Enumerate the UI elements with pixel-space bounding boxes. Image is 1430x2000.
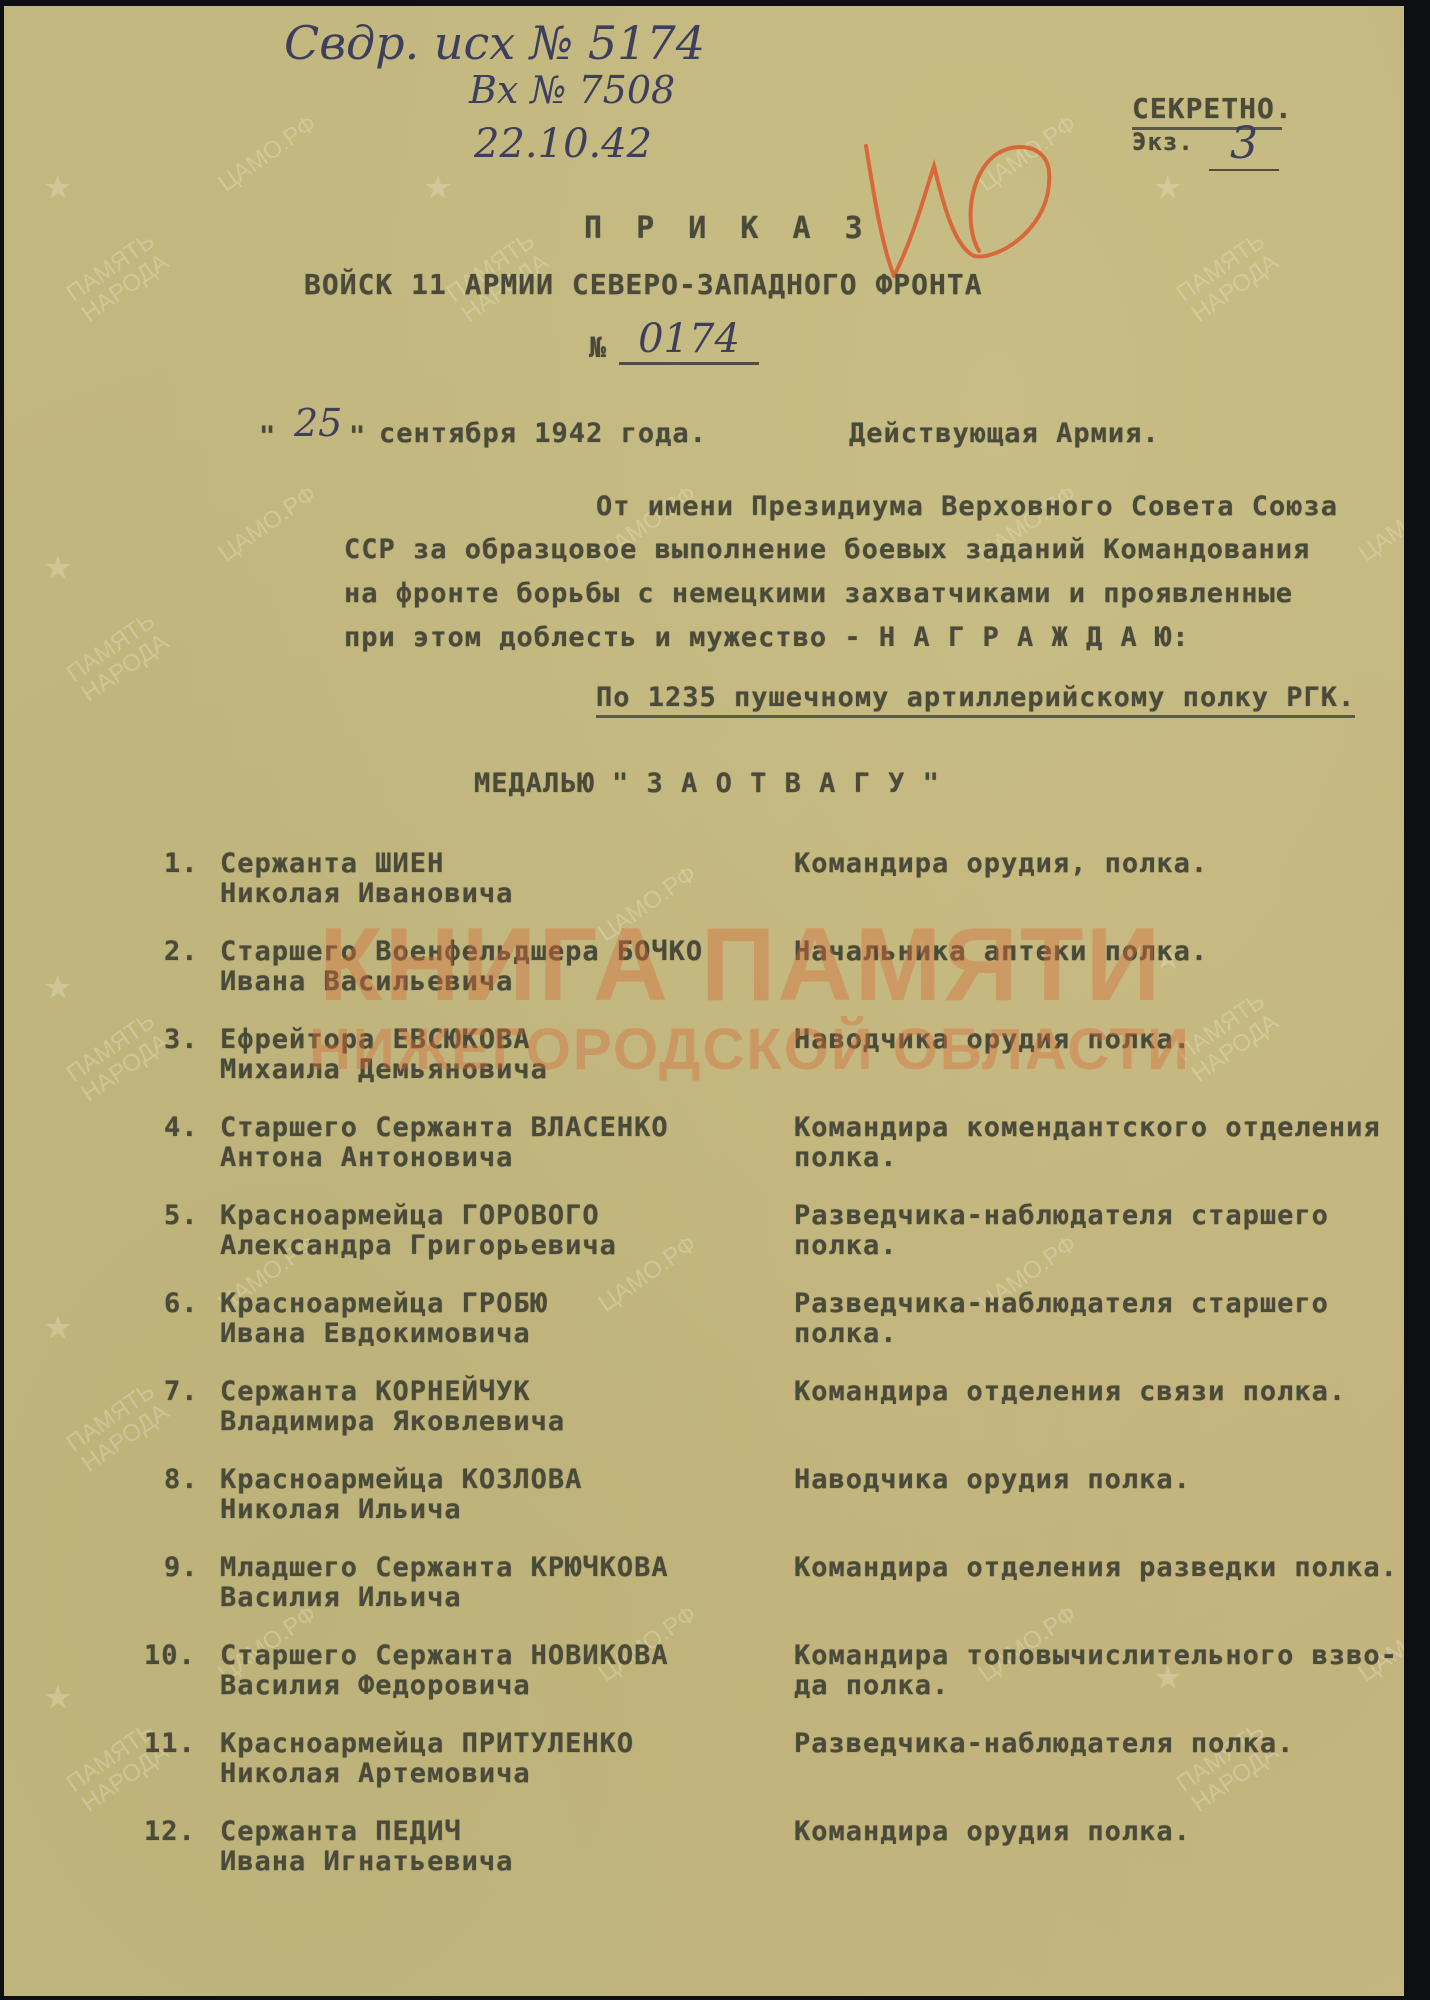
awardee-rank-surname: Красноармейца ГОРОВОГО (220, 1200, 600, 1231)
watermark-kniga-pamyati: КНИГА ПАМЯТИ (319, 906, 1162, 1025)
awardee-given-name: Ивана Игнатьевича (220, 1846, 513, 1877)
watermark-camo: ЦАМО.РФ (214, 111, 321, 196)
awardee-given-name: Николая Артемовича (220, 1758, 531, 1789)
awardee-given-name: Владимира Яковлевича (220, 1406, 565, 1437)
awardee-given-name: Василия Федоровича (220, 1670, 531, 1701)
handwritten-incoming-number: Вх № 7508 (469, 68, 675, 112)
order-number-label: № (589, 331, 607, 364)
awardee-number: 5. (164, 1200, 199, 1231)
scan-edge-tear (1404, 850, 1426, 1010)
awardee-number: 8. (164, 1464, 199, 1495)
awardee-given-name: Василия Ильича (220, 1582, 462, 1613)
awardee-rank-surname: Сержанта ШИЕН (220, 848, 444, 879)
awardee-position-line: полка. (794, 1142, 898, 1173)
awardee-rank-surname: Младшего Сержанта КРЮЧКОВА (220, 1552, 669, 1583)
awardee-given-name: Александра Григорьевича (220, 1230, 617, 1261)
watermark-pamyat-naroda: ПАМЯТЬ НАРОДА (34, 588, 202, 727)
awardee-rank-surname: Старшего Сержанта ВЛАСЕНКО (220, 1112, 669, 1143)
watermark-camo: ЦАМО.РФ (214, 481, 321, 566)
awardee-position-line: да полка. (794, 1670, 949, 1701)
date-open-quote: " (259, 421, 276, 452)
awardee-number: 11. (144, 1728, 196, 1759)
awardee-position-line: полка. (794, 1318, 898, 1349)
star-watermark-icon: ★ (44, 156, 72, 210)
awardee-position-line: Командира орудия, полка. (794, 848, 1208, 879)
awardee-number: 7. (164, 1376, 199, 1407)
order-heading: П Р И К А З (584, 211, 871, 246)
date-month-year: сентября 1942 года. (379, 418, 707, 449)
awardee-rank-surname: Старшего Сержанта НОВИКОВА (220, 1640, 669, 1671)
awardee-rank-surname: Сержанта ПЕДИЧ (220, 1816, 462, 1847)
date-day: 25 (294, 401, 342, 445)
awardee-number: 1. (164, 848, 199, 879)
awardee-position-line: Разведчика-наблюдателя полка. (794, 1728, 1294, 1759)
awardee-number: 9. (164, 1552, 199, 1583)
preamble-line-3: на фронте борьбы с немецкими захватчикам… (344, 578, 1293, 609)
watermark-pamyat-naroda: ПАМЯТЬ НАРОДА (1144, 208, 1312, 347)
awardee-number: 4. (164, 1112, 199, 1143)
awardee-number: 10. (144, 1640, 196, 1671)
unit-heading: По 1235 пушечному артиллерийскому полку … (596, 682, 1355, 718)
order-subheading: ВОЙСК 11 АРМИИ СЕВЕРО-ЗАПАДНОГО ФРОНТА (304, 268, 983, 301)
awardee-rank-surname: Красноармейца ПРИТУЛЕНКО (220, 1728, 634, 1759)
star-watermark-icon: ★ (44, 536, 72, 590)
star-watermark-icon: ★ (424, 156, 452, 210)
awardee-position-line: Командира отделения разведки полка. (794, 1552, 1398, 1583)
awardee-given-name: Николая Ильича (220, 1494, 462, 1525)
preamble-line-1: От имени Президиума Верховного Совета Со… (596, 491, 1338, 522)
awardee-position-line: Разведчика-наблюдателя старшего (794, 1200, 1329, 1231)
awardee-number: 3. (164, 1024, 199, 1055)
preamble-line-4: при этом доблесть и мужество - Н А Г Р А… (344, 622, 1190, 653)
star-watermark-icon: ★ (44, 956, 72, 1010)
awardee-position-line: Командира комендантского отделения (794, 1112, 1381, 1143)
copy-label: Экз. (1132, 128, 1194, 156)
red-pencil-resolution-mark (854, 136, 1064, 286)
awardee-position-line: Разведчика-наблюдателя старшего (794, 1288, 1329, 1319)
date-close-quote: " (349, 421, 366, 452)
date-place: Действующая Армия. (849, 418, 1160, 449)
awardee-given-name: Антона Антоновича (220, 1142, 513, 1173)
awardee-number: 2. (164, 936, 199, 967)
awardee-position-line: Командира отделения связи полка. (794, 1376, 1346, 1407)
handwritten-outgoing-number: Свдр. исх № 5174 (284, 16, 705, 70)
awardee-given-name: Ивана Евдокимовича (220, 1318, 531, 1349)
awardee-number: 12. (144, 1816, 196, 1847)
order-number: 0174 (619, 316, 759, 365)
star-watermark-icon: ★ (44, 1296, 72, 1350)
star-watermark-icon: ★ (1154, 156, 1182, 210)
awardee-position-line: Командира орудия полка. (794, 1816, 1191, 1847)
document-page: ★ ПАМЯТЬ НАРОДА ★ ПАМЯТЬ НАРОДА ★ ПАМЯТЬ… (4, 6, 1418, 1996)
watermark-region: НИЖЕГОРОДСКОЙ ОБЛАСТИ (309, 1016, 1191, 1083)
awardee-given-name: Николая Ивановича (220, 878, 513, 909)
awardee-rank-surname: Сержанта КОРНЕЙЧУК (220, 1376, 531, 1407)
handwritten-date: 22.10.42 (474, 121, 652, 167)
awardee-rank-surname: Красноармейца КОЗЛОВА (220, 1464, 582, 1495)
awardee-position-line: полка. (794, 1230, 898, 1261)
copy-number: 3 (1209, 118, 1279, 171)
preamble-line-2: ССР за образцовое выполнение боевых зада… (344, 534, 1310, 565)
award-heading: МЕДАЛЬЮ " З А О Т В А Г У " (474, 768, 940, 799)
awardee-number: 6. (164, 1288, 199, 1319)
awardee-position-line: Командира топовычислительного взво- (794, 1640, 1398, 1671)
awardee-position-line: Наводчика орудия полка. (794, 1464, 1191, 1495)
watermark-pamyat-naroda: ПАМЯТЬ НАРОДА (34, 208, 202, 347)
star-watermark-icon: ★ (44, 1666, 72, 1720)
awardee-rank-surname: Красноармейца ГРОБЮ (220, 1288, 548, 1319)
